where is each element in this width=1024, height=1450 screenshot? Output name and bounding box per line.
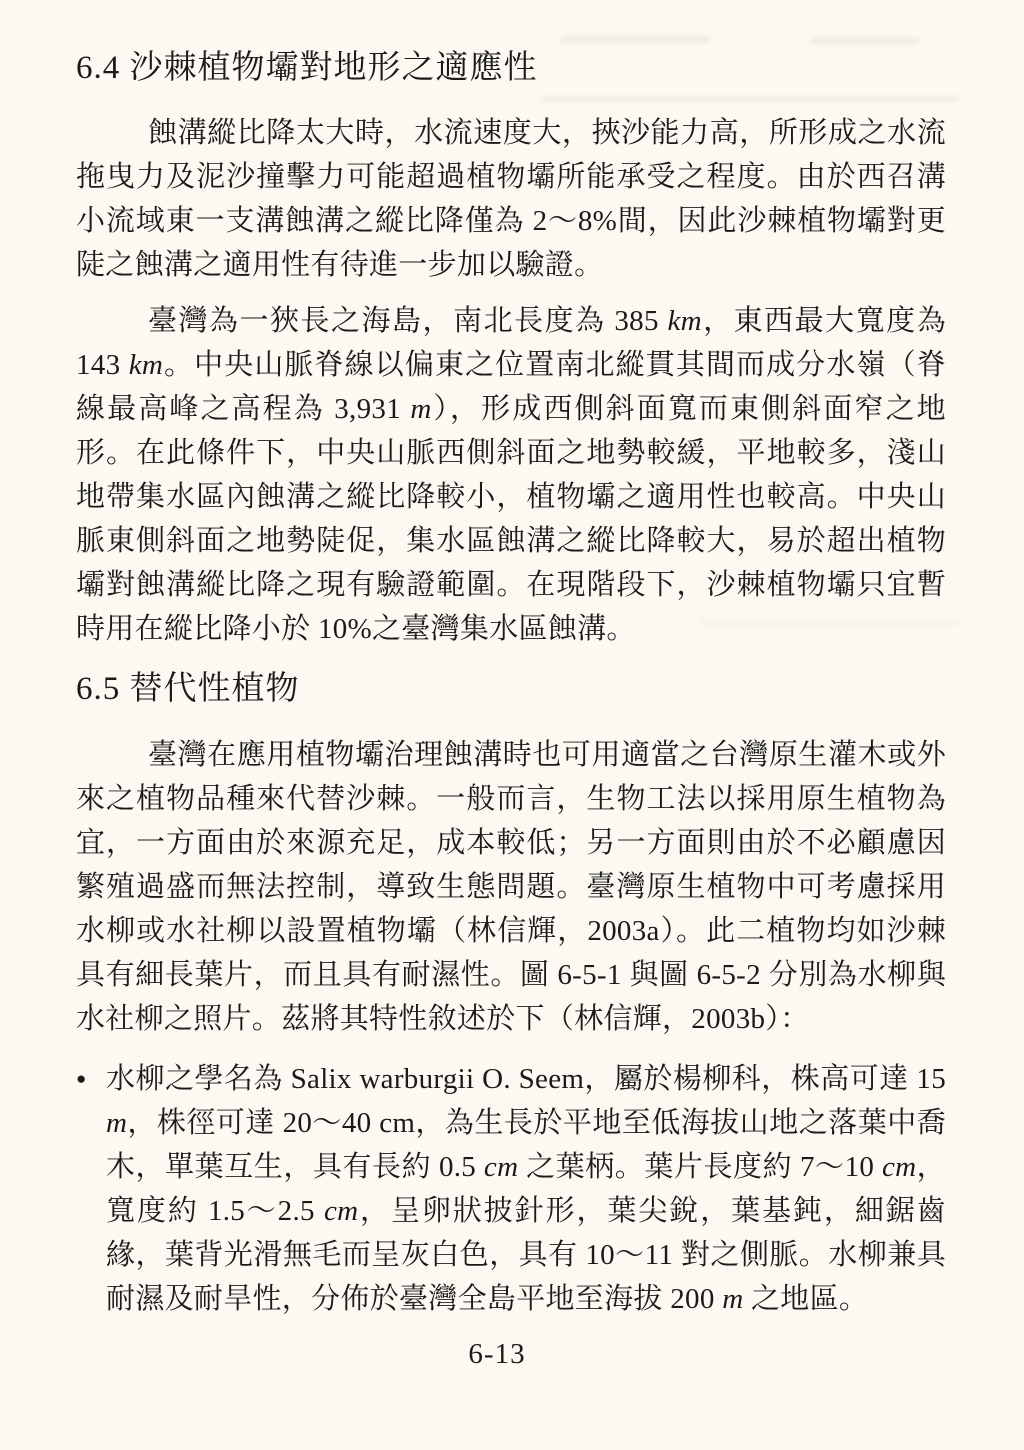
- list-item-text: 水柳之學名為 Salix warburgii O. Seem，屬於楊柳科，株高可…: [106, 1063, 946, 1315]
- paragraph-gully-gradient: 蝕溝縱比降太大時，水流速度大，挾沙能力高，所形成之水流拖曳力及泥沙撞擊力可能超過…: [76, 111, 946, 287]
- list-item-salix-warburgii: ● 水柳之學名為 Salix warburgii O. Seem，屬於楊柳科，株…: [76, 1057, 946, 1321]
- text-segment: 之地區。: [743, 1283, 868, 1315]
- text-segment: 蝕溝縱比降太大時，水流速度大，挾沙能力高，所形成之水流拖曳力及泥沙撞擊力可能超過…: [76, 117, 946, 281]
- section-heading-6-4: 6.4 沙棘植物壩對地形之適應性: [76, 48, 946, 89]
- text-segment: cm: [882, 1151, 916, 1183]
- paragraph-taiwan-terrain: 臺灣為一狹長之海島，南北長度為 385 km，東西最大寬度為 143 km。中央…: [76, 299, 946, 651]
- bullet-icon: ●: [76, 1057, 87, 1101]
- text-segment: 水柳之學名為 Salix warburgii O. Seem，屬於楊柳科，株高可…: [106, 1063, 946, 1095]
- text-segment: cm: [324, 1195, 358, 1227]
- text-segment: 臺灣為一狹長之海島，南北長度為 385: [148, 305, 668, 337]
- text-segment: 臺灣在應用植物壩治理蝕溝時也可用適當之台灣原生灌木或外來之植物品種來代替沙棘。一…: [76, 739, 946, 1035]
- page-footer: 6-13: [0, 1338, 1024, 1371]
- text-segment: m: [106, 1107, 127, 1139]
- bullet-list: ● 水柳之學名為 Salix warburgii O. Seem，屬於楊柳科，株…: [76, 1057, 946, 1321]
- document-page: 6.4 沙棘植物壩對地形之適應性 蝕溝縱比降太大時，水流速度大，挾沙能力高，所形…: [0, 0, 1024, 1450]
- text-segment: km: [129, 349, 163, 381]
- section-heading-6-5: 6.5 替代性植物: [76, 669, 946, 710]
- text-segment: cm: [484, 1151, 518, 1183]
- text-segment: km: [668, 305, 702, 337]
- page-number: 6-13: [468, 1338, 525, 1370]
- paragraph-alternative-plants: 臺灣在應用植物壩治理蝕溝時也可用適當之台灣原生灌木或外來之植物品種來代替沙棘。一…: [76, 733, 946, 1041]
- text-segment: ），形成西側斜面寬而東側斜面窄之地形。在此條件下，中央山脈西側斜面之地勢較緩，平…: [76, 393, 946, 645]
- text-segment: m: [410, 393, 431, 425]
- text-segment: 之葉柄。葉片長度約 7～10: [518, 1151, 882, 1183]
- text-segment: m: [722, 1283, 743, 1315]
